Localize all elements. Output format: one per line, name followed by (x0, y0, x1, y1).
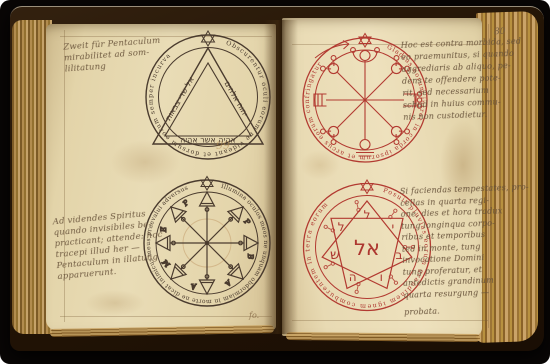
svg-text:A: A (223, 278, 233, 288)
page-number: 80 (494, 27, 506, 37)
svg-text:ל: ל (338, 220, 345, 234)
arrow-icon (315, 41, 349, 59)
right-page-top-note: Hoc est contra morbida, sed eo praemunit… (401, 36, 508, 124)
book-photo: Obscurentur oculi eorum ne videant et do… (0, 0, 550, 364)
ruled-line (60, 316, 272, 317)
catchword-mark: fo. (249, 311, 259, 320)
right-page-bottom-note: Si faciendas tempestates, pro- cellas in… (400, 182, 511, 318)
ruled-line (292, 320, 488, 321)
hebrew-center-letters: אל (354, 236, 380, 260)
hebrew-side-right: יהוה אלהים (222, 80, 249, 119)
svg-text:ה: ה (349, 270, 357, 284)
svg-text:ש: ש (330, 247, 340, 263)
screenshot-stage: Obscurentur oculi eorum ne videant et do… (0, 0, 550, 364)
hexagram-icon (201, 177, 213, 191)
faint-folio-mark: 99 (216, 139, 230, 152)
svg-text:ו: ו (380, 270, 383, 284)
hexagram-icon (359, 34, 371, 48)
svg-text:P: P (181, 198, 191, 208)
svg-text:B: B (246, 253, 254, 259)
svg-text:A: A (191, 282, 197, 290)
svg-text:י: י (391, 220, 394, 234)
left-page-bottom-note: Ad videndes Spiritus quando invisibiles … (52, 207, 177, 283)
svg-text:P: P (242, 217, 252, 227)
hexagram-icon (361, 180, 373, 194)
svg-text:ל: ל (364, 208, 371, 222)
hexagram-icon (202, 31, 215, 46)
hebrew-side-left: אל שדי צבאות (164, 75, 196, 122)
